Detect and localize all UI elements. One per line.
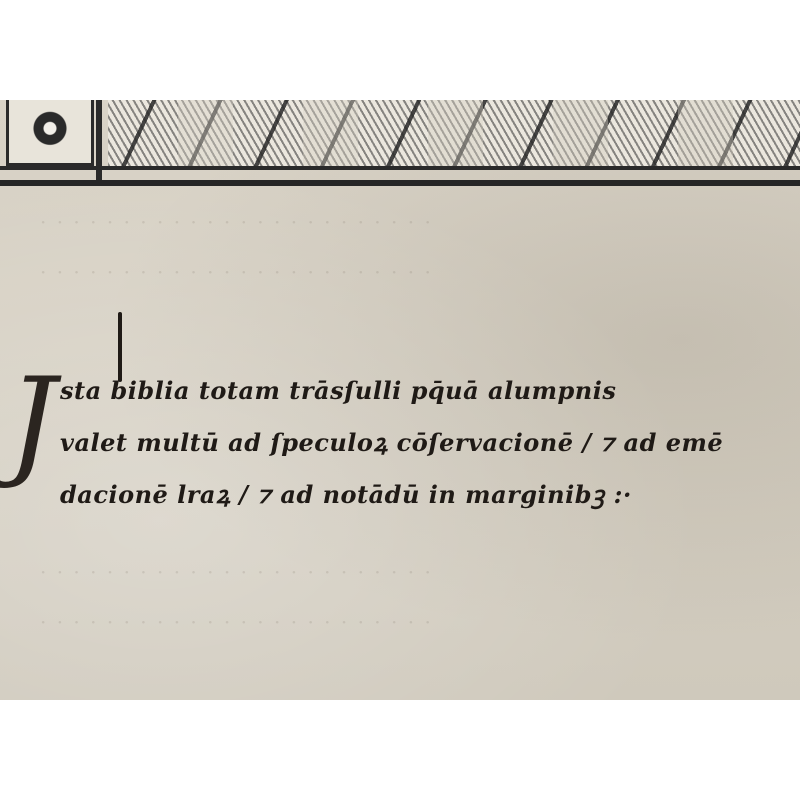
bleed-through-text: · · · · · · · · · · · · · · · · · · · · … xyxy=(40,560,770,584)
handwritten-inscription: sta biblia totam trāsſulli pq̄uā alumpni… xyxy=(60,365,800,521)
inscription-line: sta biblia totam trāsſulli pq̄uā alumpni… xyxy=(60,365,800,417)
bleed-through-text: · · · · · · · · · · · · · · · · · · · · … xyxy=(40,260,770,284)
foliage-frieze xyxy=(108,100,800,166)
bleed-through-text: · · · · · · · · · · · · · · · · · · · · … xyxy=(40,610,770,634)
woodcut-border xyxy=(0,100,800,190)
manuscript-photo: · · · · · · · · · · · · · · · · · · · · … xyxy=(0,100,800,700)
bleed-through-text: · · · · · · · · · · · · · · · · · · · · … xyxy=(40,210,770,234)
inscription-line: dacionē lraꝝ / ⁊ ad notādū in marginibꝫ … xyxy=(60,469,800,521)
border-rule xyxy=(0,180,800,186)
border-rule xyxy=(0,166,800,170)
rosette-ornament-icon xyxy=(6,100,94,166)
inscription-line: valet multū ad ſpeculoꝝ cōſervacionē / ⁊… xyxy=(60,417,800,469)
decorated-initial: J xyxy=(8,368,60,518)
